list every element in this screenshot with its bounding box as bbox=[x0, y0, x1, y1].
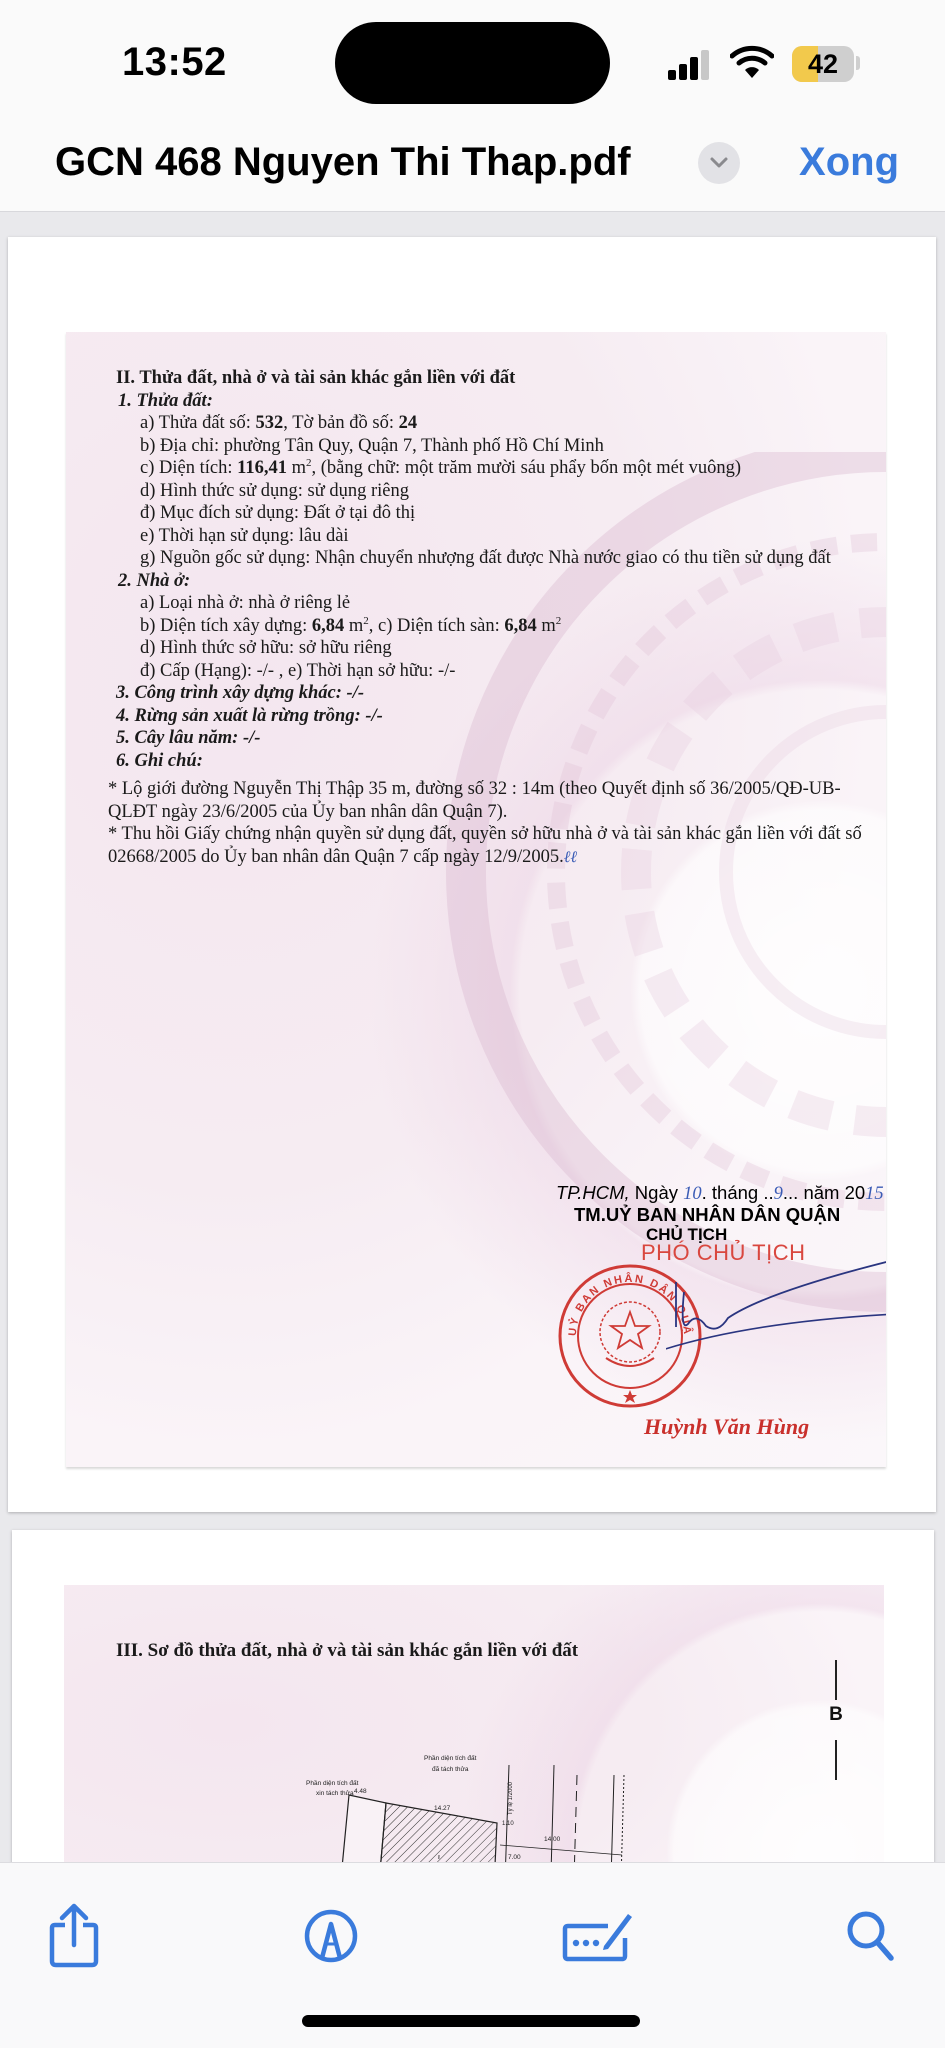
share-icon bbox=[48, 1903, 100, 1969]
section-2-title: II. Thửa đất, nhà ở và tài sản khác gắn … bbox=[116, 367, 862, 390]
home-indicator bbox=[302, 2015, 640, 2027]
house-type: a) Loại nhà ở: nhà ở riêng lẻ bbox=[116, 592, 862, 615]
item-6: 6. Ghi chú: bbox=[116, 750, 862, 773]
land-parcel-line: a) Thửa đất số: 532, Tờ bản đồ số: 24 bbox=[116, 412, 862, 435]
certificate-scan-page-2: III. Sơ đồ thửa đất, nhà ở và tài sản kh… bbox=[64, 1585, 884, 1862]
fill-and-sign-button[interactable] bbox=[562, 1903, 638, 1969]
svg-text:Phần diện tích đất: Phần diện tích đất bbox=[306, 1778, 359, 1787]
title-menu-button[interactable] bbox=[698, 142, 740, 184]
certificate-text: II. Thửa đất, nhà ở và tài sản khác gắn … bbox=[116, 367, 862, 869]
item-3: 3. Công trình xây dựng khác: -/- bbox=[116, 682, 862, 705]
chevron-down-icon bbox=[709, 156, 729, 170]
land-origin: g) Nguồn gốc sử dụng: Nhận chuyển nhượng… bbox=[116, 547, 862, 570]
search-button[interactable] bbox=[842, 1903, 898, 1969]
document-scroll-area[interactable]: II. Thửa đất, nhà ở và tài sản khác gắn … bbox=[0, 212, 945, 1862]
signer-name: Huỳnh Văn Hùng bbox=[644, 1414, 809, 1440]
pdf-page-1: II. Thửa đất, nhà ở và tài sản khác gắn … bbox=[8, 237, 936, 1512]
place: TP.HCM, bbox=[556, 1182, 630, 1203]
issue-month: 9 bbox=[774, 1184, 783, 1204]
svg-text:Tỷ lệ 1/2000: Tỷ lệ 1/2000 bbox=[507, 1781, 514, 1815]
status-bar: 13:52 42 bbox=[0, 0, 945, 120]
issue-date: TP.HCM, Ngày 10. tháng ..9... năm 2015 bbox=[556, 1182, 884, 1205]
handwritten-signature bbox=[666, 1252, 886, 1392]
label: Ngày bbox=[630, 1182, 683, 1203]
svg-text:14.00: 14.00 bbox=[544, 1836, 561, 1843]
document-title[interactable]: GCN 468 Nguyen Thi Thap.pdf bbox=[55, 140, 631, 185]
area-in-words: , (bằng chữ: một trăm mười sáu phẩy bốn … bbox=[311, 458, 741, 478]
house-grade: đ) Cấp (Hạng): -/- , e) Thời hạn sở hữu:… bbox=[116, 660, 862, 683]
label: , Tờ bản đồ số: bbox=[283, 413, 398, 433]
svg-text:1.10: 1.10 bbox=[502, 1821, 514, 1827]
item-5: 5. Cây lâu năm: -/- bbox=[116, 727, 862, 750]
initials-mark: ℓℓ bbox=[564, 849, 577, 866]
note-line-2: QLĐT ngày 23/6/2005 của Ủy ban nhân dân … bbox=[108, 801, 862, 824]
cellular-signal-icon bbox=[668, 50, 712, 80]
unit: m bbox=[537, 616, 556, 636]
land-area: 116,41 bbox=[237, 458, 287, 478]
battery-icon: 42 bbox=[792, 46, 854, 82]
note-text: 02668/2005 do Ủy ban nhân dân Quận 7 cấp… bbox=[108, 847, 564, 867]
label: , c) Diện tích sàn: bbox=[369, 616, 505, 636]
map-sheet-number: 24 bbox=[399, 413, 418, 433]
build-area: 6,84 bbox=[312, 616, 344, 636]
land-address: b) Địa chỉ: phường Tân Quy, Quận 7, Thàn… bbox=[116, 435, 862, 458]
svg-text:4.48: 4.48 bbox=[354, 1788, 367, 1795]
label: ... năm 20 bbox=[783, 1182, 865, 1203]
wifi-icon bbox=[730, 44, 774, 80]
bottom-toolbar bbox=[0, 1862, 945, 2048]
share-button[interactable] bbox=[46, 1903, 102, 1969]
svg-text:14.27: 14.27 bbox=[434, 1805, 451, 1812]
land-area-line: c) Diện tích: 116,41 m2, (bằng chữ: một … bbox=[116, 457, 862, 480]
fill-and-sign-icon bbox=[562, 1908, 638, 1964]
done-button[interactable]: Xong bbox=[799, 140, 899, 185]
issue-day: 10 bbox=[683, 1184, 702, 1204]
floor-area: 6,84 bbox=[504, 616, 536, 636]
dynamic-island bbox=[335, 22, 610, 104]
svg-text:7.00: 7.00 bbox=[508, 1854, 521, 1861]
house-ownership: d) Hình thức sở hữu: sở hữu riêng bbox=[116, 637, 862, 660]
land-heading: 1. Thửa đất: bbox=[116, 390, 862, 413]
issue-year: 15 bbox=[865, 1184, 884, 1204]
note-line-1: * Lộ giới đường Nguyễn Thị Thập 35 m, đư… bbox=[108, 778, 862, 801]
section-3-title: III. Sơ đồ thửa đất, nhà ở và tài sản kh… bbox=[116, 1640, 578, 1662]
markup-icon bbox=[303, 1908, 359, 1964]
north-label: B bbox=[821, 1704, 851, 1726]
markup-button[interactable] bbox=[303, 1903, 359, 1969]
unit: m bbox=[344, 616, 363, 636]
issuing-authority: TM.UỶ BAN NHÂN DÂN QUẬN bbox=[574, 1204, 840, 1226]
note-line-3: * Thu hồi Giấy chứng nhận quyền sử dụng … bbox=[108, 823, 862, 846]
parcel-number: 532 bbox=[256, 413, 284, 433]
navigation-bar: GCN 468 Nguyen Thi Thap.pdf Xong bbox=[0, 120, 945, 212]
search-icon bbox=[845, 1909, 895, 1963]
land-plot-diagram: Phần diện tích đất xin tách thửa Phần di… bbox=[264, 1755, 664, 1862]
status-time: 13:52 bbox=[122, 40, 227, 85]
label: b) Diện tích xây dựng: bbox=[140, 616, 312, 636]
unit: m bbox=[287, 458, 306, 478]
north-arrow: B bbox=[821, 1640, 851, 1800]
note-line-4: 02668/2005 do Ủy ban nhân dân Quận 7 cấp… bbox=[108, 846, 862, 870]
item-4: 4. Rừng sản xuất là rừng trồng: -/- bbox=[116, 705, 862, 728]
pdf-page-2: III. Sơ đồ thửa đất, nhà ở và tài sản kh… bbox=[12, 1530, 934, 1862]
land-use-purpose: đ) Mục đích sử dụng: Đất ở tại đô thị bbox=[116, 502, 862, 525]
svg-text:đã tách thửa: đã tách thửa bbox=[432, 1765, 469, 1773]
pdf-viewer-screen: 13:52 42 GCN 468 Nguyen Thi Thap.pdf Xon… bbox=[0, 0, 945, 2048]
battery-percent: 42 bbox=[792, 49, 854, 80]
battery-tip bbox=[856, 56, 860, 70]
label: a) Thửa đất số: bbox=[140, 413, 256, 433]
svg-text:xin tách thửa: xin tách thửa bbox=[316, 1789, 354, 1797]
land-use-term: e) Thời hạn sử dụng: lâu dài bbox=[116, 525, 862, 548]
land-use-form: d) Hình thức sử dụng: sử dụng riêng bbox=[116, 480, 862, 503]
certificate-scan-page-1: II. Thửa đất, nhà ở và tài sản khác gắn … bbox=[66, 332, 886, 1467]
svg-text:Phần diện tích đất: Phần diện tích đất bbox=[424, 1755, 477, 1762]
house-area-line: b) Diện tích xây dựng: 6,84 m2, c) Diện … bbox=[116, 615, 862, 638]
house-heading: 2. Nhà ở: bbox=[116, 570, 862, 593]
label: c) Diện tích: bbox=[140, 458, 237, 478]
label: . tháng .. bbox=[702, 1182, 774, 1203]
